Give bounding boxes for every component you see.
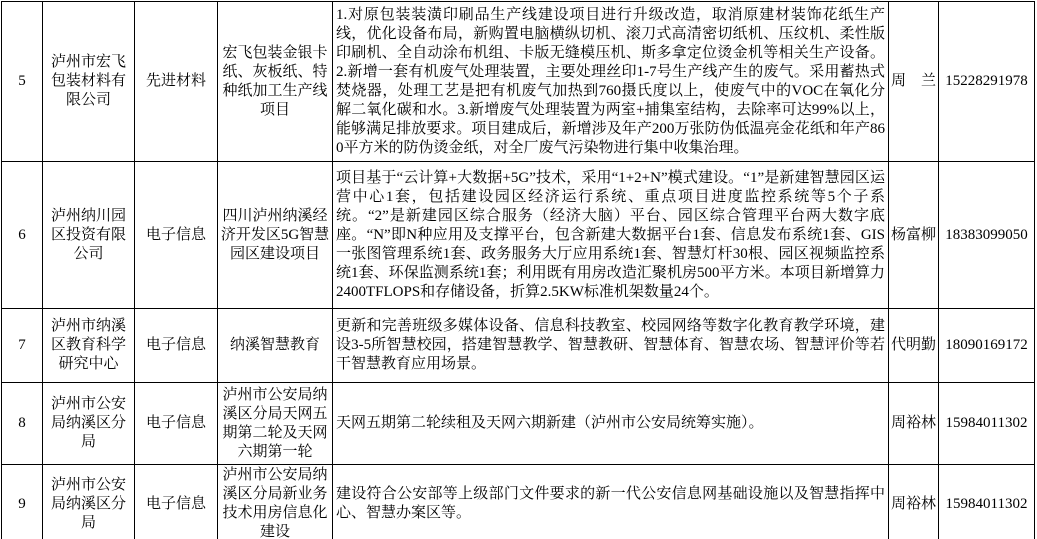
category-cell: 电子信息 xyxy=(135,162,218,309)
company-cell: 泸州市宏飞包装材料有限公司 xyxy=(43,2,135,162)
table-row: 6 泸州纳川园区投资有限公司 电子信息 四川泸州纳溪经济开发区5G智慧园区建设项… xyxy=(2,162,1035,309)
description-cell: 项目基于“云计算+大数据+5G”技术，采用“1+2+N”模式建设。“1”是新建智… xyxy=(333,162,889,309)
table-row: 5 泸州市宏飞包装材料有限公司 先进材料 宏飞包装金银卡纸、灰板纸、特种纸加工生… xyxy=(2,2,1035,162)
project-name-cell: 宏飞包装金银卡纸、灰板纸、特种纸加工生产线项目 xyxy=(218,2,333,162)
project-name-cell: 四川泸州纳溪经济开发区5G智慧园区建设项目 xyxy=(218,162,333,309)
description-cell: 更新和完善班级多媒体设备、信息科技教室、校园网络等数字化教育教学环境，建设3-5… xyxy=(333,309,889,383)
category-cell: 电子信息 xyxy=(135,383,218,465)
category-cell: 电子信息 xyxy=(135,309,218,383)
project-name-cell: 泸州市公安局纳溪区分局天网五期第二轮及天网六期第一轮 xyxy=(218,383,333,465)
phone-cell: 15984011302 xyxy=(939,465,1035,539)
description-cell: 建设符合公安部等上级部门文件要求的新一代公安信息网基础设施以及智慧指挥中心、智慧… xyxy=(333,465,889,539)
contact-cell: 杨富柳 xyxy=(889,162,939,309)
contact-cell: 周裕林 xyxy=(889,383,939,465)
project-name-cell: 泸州市公安局纳溪区分局新业务技术用房信息化建设 xyxy=(218,465,333,539)
company-cell: 泸州市公安局纳溪区分局 xyxy=(43,383,135,465)
row-number-cell: 7 xyxy=(2,309,43,383)
table-row: 8 泸州市公安局纳溪区分局 电子信息 泸州市公安局纳溪区分局天网五期第二轮及天网… xyxy=(2,383,1035,465)
row-number-cell: 8 xyxy=(2,383,43,465)
table-row: 9 泸州市公安局纳溪区分局 电子信息 泸州市公安局纳溪区分局新业务技术用房信息化… xyxy=(2,465,1035,539)
phone-cell: 15984011302 xyxy=(939,383,1035,465)
company-cell: 泸州市公安局纳溪区分局 xyxy=(43,465,135,539)
company-cell: 泸州市纳溪区教育科学研究中心 xyxy=(43,309,135,383)
phone-cell: 18090169172 xyxy=(939,309,1035,383)
company-cell: 泸州纳川园区投资有限公司 xyxy=(43,162,135,309)
description-cell: 天网五期第二轮续租及天网六期新建（泸州市公安局统筹实施）。 xyxy=(333,383,889,465)
row-number-cell: 9 xyxy=(2,465,43,539)
project-name-cell: 纳溪智慧教育 xyxy=(218,309,333,383)
contact-cell: 周裕林 xyxy=(889,465,939,539)
category-cell: 先进材料 xyxy=(135,2,218,162)
table-row: 7 泸州市纳溪区教育科学研究中心 电子信息 纳溪智慧教育 更新和完善班级多媒体设… xyxy=(2,309,1035,383)
project-table: 5 泸州市宏飞包装材料有限公司 先进材料 宏飞包装金银卡纸、灰板纸、特种纸加工生… xyxy=(1,1,1035,539)
description-cell: 1.对原包装装潢印刷品生产线建设项目进行升级改造，取消原建材装饰花纸生产线，优化… xyxy=(333,2,889,162)
row-number-cell: 6 xyxy=(2,162,43,309)
row-number-cell: 5 xyxy=(2,2,43,162)
contact-cell: 代明勤 xyxy=(889,309,939,383)
category-cell: 电子信息 xyxy=(135,465,218,539)
phone-cell: 18383099050 xyxy=(939,162,1035,309)
contact-cell: 周 兰 xyxy=(889,2,939,162)
table-body: 5 泸州市宏飞包装材料有限公司 先进材料 宏飞包装金银卡纸、灰板纸、特种纸加工生… xyxy=(2,2,1035,539)
phone-cell: 15228291978 xyxy=(939,2,1035,162)
